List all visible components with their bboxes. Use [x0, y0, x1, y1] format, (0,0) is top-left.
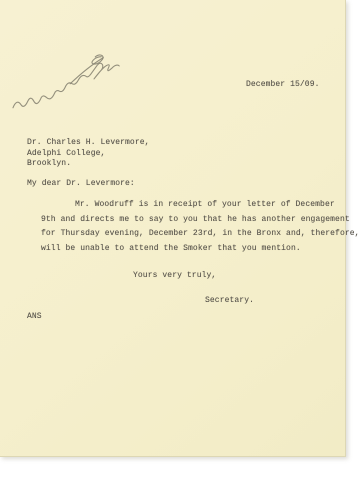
- signer-title: Secretary.: [205, 296, 254, 305]
- closing: Yours very truly,: [133, 271, 216, 280]
- body-paragraph: Mr. Woodruff is in receipt of your lette…: [41, 198, 360, 256]
- typist-initials: ANS: [27, 312, 42, 321]
- body-line: Mr. Woodruff is in receipt of your lette…: [41, 198, 360, 213]
- handwritten-signature: [7, 42, 121, 116]
- pencil-scrawl-icon: [7, 42, 121, 116]
- body-line: for Thursday evening, December 23rd, in …: [41, 227, 360, 242]
- recipient-city: Brooklyn.: [27, 159, 150, 170]
- body-line: will be unable to attend the Smoker that…: [41, 242, 360, 257]
- date-line: December 15/09.: [246, 80, 320, 89]
- recipient-institution: Adelphi College,: [27, 149, 150, 160]
- recipient-name: Dr. Charles H. Levermore,: [27, 138, 150, 149]
- recipient-block: Dr. Charles H. Levermore, Adelphi Colleg…: [27, 138, 150, 170]
- letter-paper: December 15/09. Dr. Charles H. Levermore…: [0, 0, 346, 457]
- scan-background: December 15/09. Dr. Charles H. Levermore…: [0, 0, 363, 500]
- body-line: 9th and directs me to say to you that he…: [41, 213, 360, 228]
- salutation: My dear Dr. Levermore:: [27, 179, 135, 188]
